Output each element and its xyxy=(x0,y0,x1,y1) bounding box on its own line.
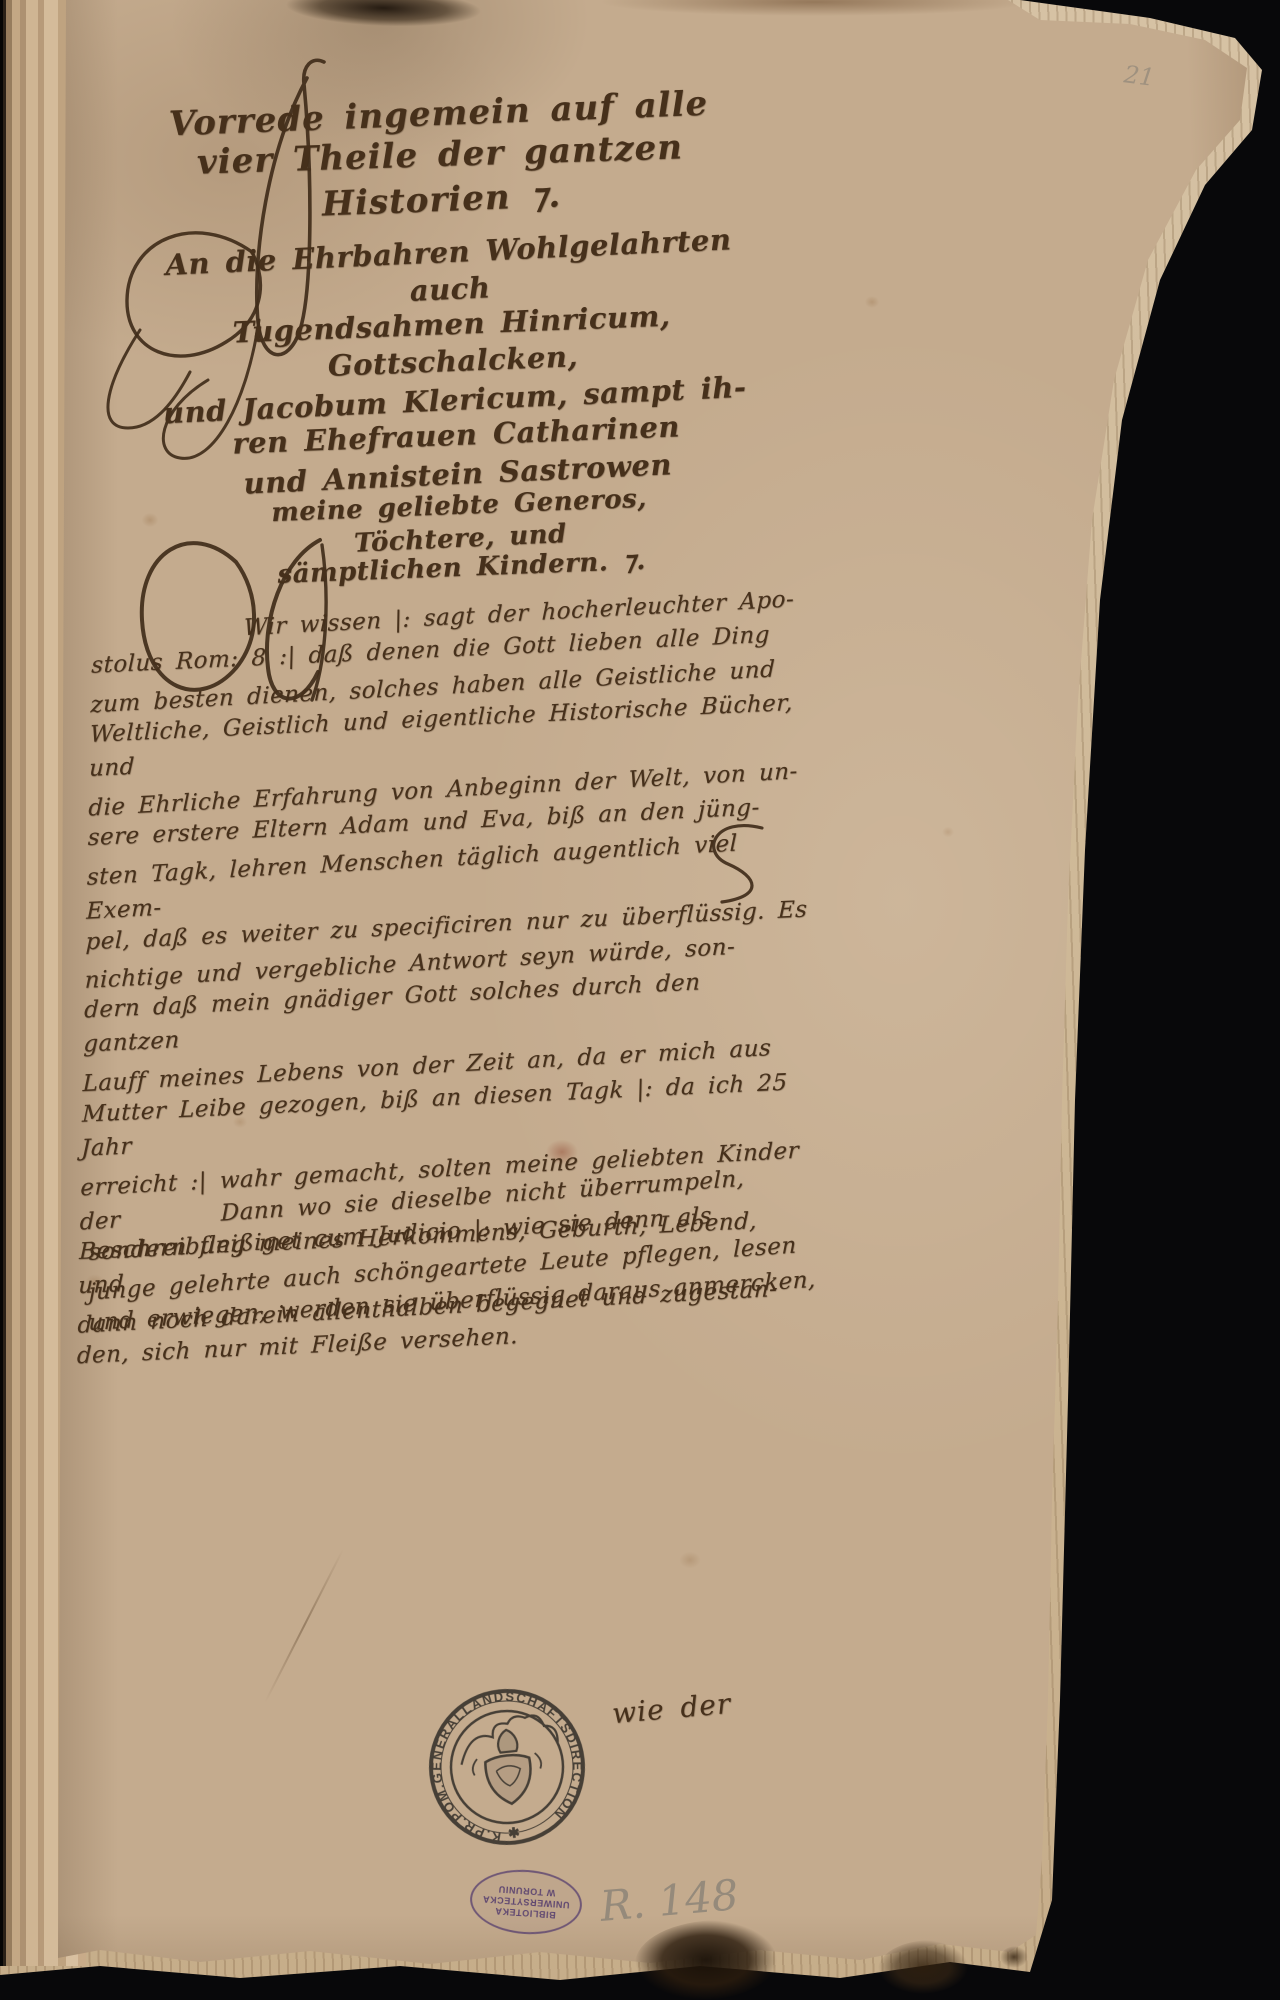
page-number-pencil: 21 xyxy=(1122,60,1156,92)
heading: Vorrede ingemein auf alle vier Theile de… xyxy=(148,82,732,231)
stamp-star: ✱ xyxy=(507,1824,521,1841)
eagle-icon xyxy=(457,1712,564,1808)
scan-background: Vorrede ingemein auf alle vier Theile de… xyxy=(0,0,1280,2000)
dedication: An die Ehrbahren Wohlgelahrten auch Tuge… xyxy=(143,220,767,597)
shield-icon xyxy=(485,1753,535,1806)
library-round-stamp: K.PR.POM.GENERALLANDSCHAFTSDIRECTION ✱ xyxy=(418,1678,596,1856)
